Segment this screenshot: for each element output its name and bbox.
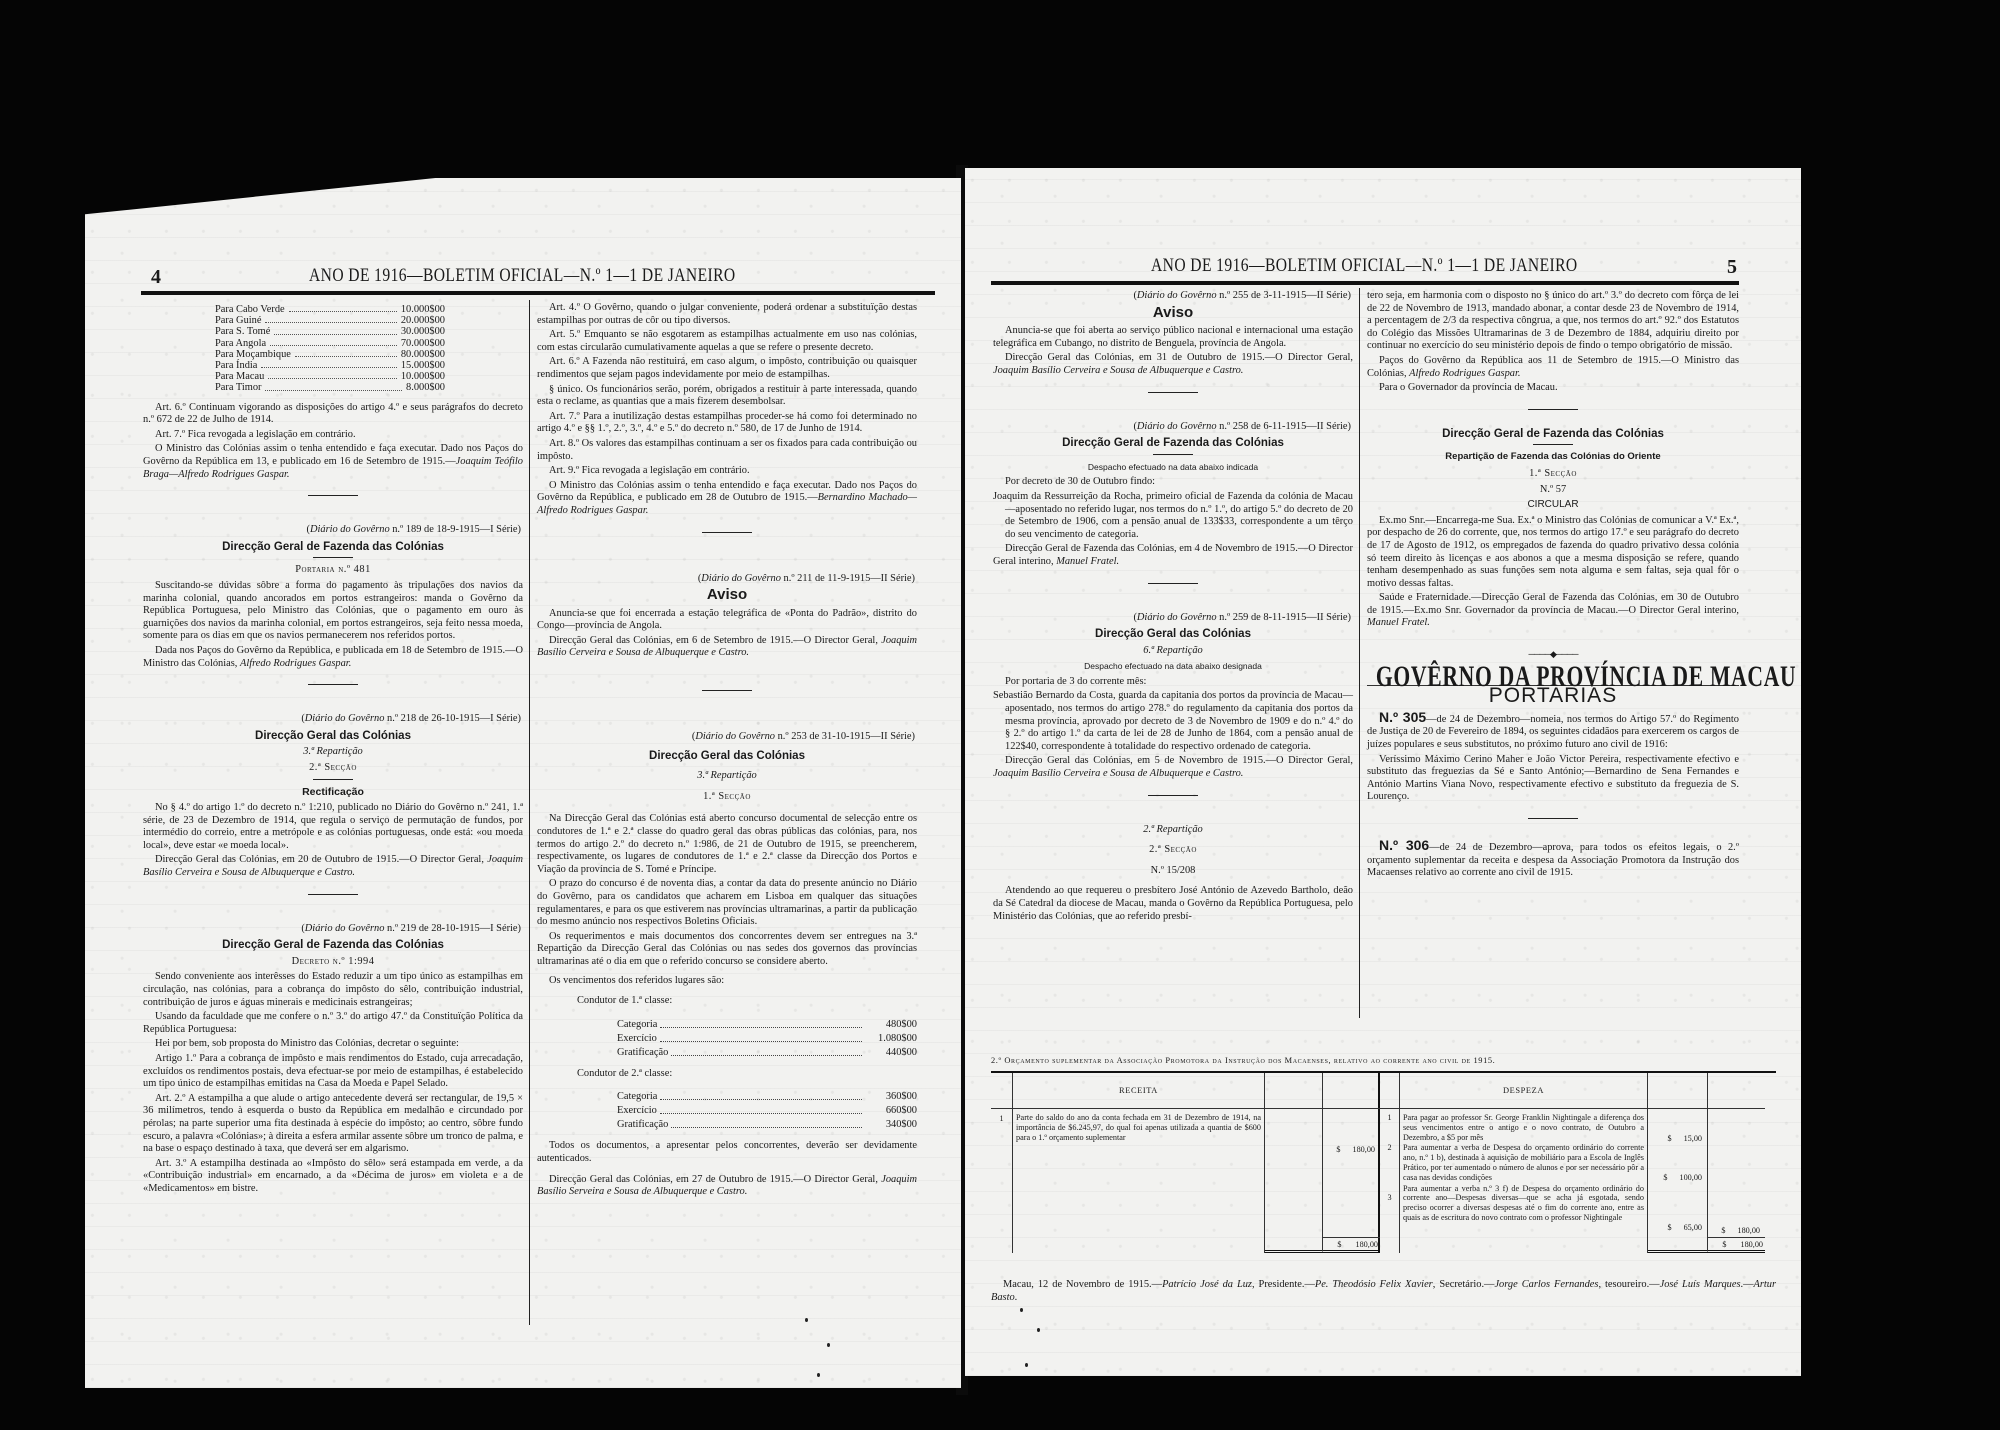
despacho-intro: Por decreto de 30 de Outubro findo:	[993, 476, 1353, 489]
closing-paragraph: Saúde e Fraternidade.—Direcção Geral de …	[1367, 592, 1739, 630]
article-4: Art. 4.º O Govêrno, quando o julgar conv…	[537, 302, 917, 327]
colony-amounts-list: Para Cabo Verde10.000$00 Para Guiné20.00…	[215, 304, 445, 394]
receita-amount: $180,00	[1336, 1145, 1375, 1155]
closing-paragraph: Dada nos Paços do Govêrno da República, …	[143, 645, 523, 670]
class-label: Condutor de 2.ª classe:	[577, 1068, 917, 1081]
portaria-title: Portaria n.º 481	[143, 564, 523, 577]
section-heading: Direcção Geral das Colónias	[537, 750, 917, 763]
section-subheading: Repartição de Fazenda das Colónias do Or…	[1367, 451, 1739, 464]
amount-row: Para Cabo Verde10.000$00	[215, 304, 445, 315]
diario-reference: (Diário do Govêrno n.º 211 de 11-9-1915—…	[537, 573, 917, 586]
despacho-body: Sebastião Bernardo da Costa, guarda da c…	[993, 690, 1353, 753]
article-5: Art. 5.º Emquanto se não esgotarem as es…	[537, 329, 917, 354]
row-index: 3	[1383, 1193, 1396, 1203]
salary-row: Categoria480$00	[617, 1018, 917, 1032]
rectificacao-title: Rectificação	[143, 786, 523, 799]
amount-row: Para Guiné20.000$00	[215, 315, 445, 326]
diario-reference: (Diário do Govêrno n.º 253 de 31-10-1915…	[537, 731, 917, 744]
circular-title: CIRCULAR	[1367, 499, 1739, 512]
receita-half: RECEITA 1 Parte do saldo do ano da conta…	[991, 1073, 1380, 1253]
receita-item-text: Parte do saldo do ano da conta fechada e…	[1013, 1109, 1265, 1237]
section-heading: Direcção Geral de Fazenda das Colónias	[143, 541, 523, 554]
circular-body: Ex.mo Snr.—Encarrega-me Sua. Ex.ª o Mini…	[1367, 515, 1739, 591]
despacho-body: Joaquim da Ressurreição da Rocha, primei…	[993, 491, 1353, 541]
separator-rule	[308, 684, 358, 685]
portaria-305: N.º 305—de 24 de Dezembro—nomeia, nos te…	[1367, 711, 1739, 752]
closing-paragraph: Direcção Geral das Colónias, em 6 de Set…	[537, 635, 917, 660]
diario-reference: (Diário do Govêrno n.º 189 de 18-9-1915—…	[143, 524, 523, 537]
concurso-paragraph: Os requerimentos e mais documentos dos c…	[537, 931, 917, 969]
despacho-intro: Por portaria de 3 do corrente mês:	[993, 676, 1353, 689]
closing-paragraph: O Ministro das Colónias assim o tenha en…	[143, 443, 523, 481]
right-column-2: tero seja, em harmonia com o disposto no…	[1367, 290, 1739, 882]
despesa-amount: $15,00	[1667, 1134, 1702, 1144]
row-index: 2	[1383, 1143, 1396, 1153]
document-number: N.º 15/208	[993, 865, 1353, 878]
section-heading: Direcção Geral de Fazenda das Colónias	[1367, 428, 1739, 441]
separator-rule	[313, 557, 353, 558]
macau-government-title: GOVÊRNO DA PROVÍNCIA DE MACAU	[1376, 671, 1730, 684]
article-7: Art. 7.º Fica revogada a legislação em c…	[143, 429, 523, 442]
concurso-paragraph: Os vencimentos dos referidos lugares são…	[537, 975, 917, 988]
separator-rule	[1528, 818, 1578, 819]
row-index: 1	[1383, 1113, 1396, 1123]
receita-header: RECEITA	[1013, 1073, 1265, 1109]
reparticao-label: 3.ª Repartição	[537, 770, 917, 783]
amount-row: Para S. Tomé30.000$00	[215, 326, 445, 337]
right-column-1: (Diário do Govêrno n.º 255 de 3-11-1915—…	[993, 290, 1353, 925]
budget-signatures: Macau, 12 de Novembro de 1915.—Patrício …	[991, 1278, 1776, 1304]
concurso-paragraph: Todos os documentos, a apresentar pelos …	[537, 1140, 917, 1165]
portaria-306: N.º 306—de 24 de Dezembro—aprova, para t…	[1367, 839, 1739, 880]
signature: Alfredo Rodrigues Gaspar.	[1409, 368, 1520, 379]
amount-row: Para Moçambique80.000$00	[215, 349, 445, 360]
seccao-label: 1.ª Secção	[1367, 468, 1739, 481]
section-heading: Direcção Geral das Colónias	[143, 730, 523, 743]
column-divider	[1359, 288, 1360, 1018]
salary-row: Exercício660$00	[617, 1104, 917, 1118]
diario-reference: (Diário do Govêrno n.º 255 de 3-11-1915—…	[993, 290, 1353, 303]
decreto-paragraph: Hei por bem, sob proposta do Ministro da…	[143, 1038, 523, 1051]
salary-row: Gratificação440$00	[617, 1046, 917, 1060]
reparticao-label: 6.ª Repartição	[993, 645, 1353, 658]
closing-paragraph: Direcção Geral das Colónias, em 31 de Ou…	[993, 352, 1353, 377]
despesa-header: DESPEZA	[1400, 1073, 1648, 1109]
right-page: ANO DE 1916—BOLETIM OFICIAL—N.º 1—1 DE J…	[965, 168, 1801, 1376]
n15208-body: Atendendo ao que requereu o presbítero J…	[993, 885, 1353, 923]
amount-row: Para Macau10.000$00	[215, 371, 445, 382]
decreto-paragraph: Usando da faculdade que me confere o n.º…	[143, 1011, 523, 1036]
closing-paragraph: Direcção Geral de Fazenda das Colónias, …	[993, 543, 1353, 568]
separator-rule	[702, 690, 752, 691]
separator-rule	[1148, 583, 1198, 584]
amount-row: Para Timor8.000$00	[215, 382, 445, 393]
salary-row: Categoria360$00	[617, 1090, 917, 1104]
portaria-305-names: Veríssimo Máximo Cerino Maher e João Vic…	[1367, 754, 1739, 804]
rectificacao-body: No § 4.º do artigo 1.º do decreto n.º 1:…	[143, 802, 523, 852]
addressee: Para o Governador da província de Macau.	[1367, 382, 1739, 395]
amount-row: Para Angola70.000$00	[215, 338, 445, 349]
article-8: Art. 8.º Os valores das estampilhas cont…	[537, 438, 917, 463]
seccao-label: 2.ª Secção	[993, 844, 1353, 857]
article-7: Art. 7.º Para a inutilização destas esta…	[537, 411, 917, 436]
despesa-half: DESPEZA 1 2 3 Para pagar ao professor Sr…	[1380, 1073, 1776, 1253]
separator-rule	[1148, 795, 1198, 796]
seccao-label: 1.ª Secção	[537, 791, 917, 804]
diario-reference: (Diário do Govêrno n.º 219 de 28-10-1915…	[143, 923, 523, 936]
section-heading: Direcção Geral das Colónias	[993, 628, 1353, 641]
aviso-title: Aviso	[537, 589, 917, 602]
separator-rule	[313, 779, 353, 780]
budget-caption: 2.º Orçamento suplementar da Associação …	[991, 1056, 1776, 1065]
diario-reference: (Diário do Govêrno n.º 259 de 8-11-1915—…	[993, 612, 1353, 625]
class-label: Condutor de 1.ª classe:	[577, 995, 917, 1008]
signature: Alfredo Rodrigues Gaspar.	[240, 658, 351, 669]
article-9: Art. 9.º Fica revogada a legislação em c…	[537, 465, 917, 478]
left-column-1: Para Cabo Verde10.000$00 Para Guiné20.00…	[143, 302, 523, 1198]
article-6: Art. 6.º Continuam vigorando as disposiç…	[143, 402, 523, 427]
column-divider	[529, 300, 530, 1325]
page-number: 5	[1727, 256, 1737, 279]
section-heading: Direcção Geral de Fazenda das Colónias	[143, 939, 523, 952]
closing-paragraph: Paços do Govêrno da República aos 11 de …	[1367, 355, 1739, 380]
signature: Manuel Fratel.	[1056, 556, 1119, 567]
salary-row: Exercício1.080$00	[617, 1032, 917, 1046]
row-index: 1	[991, 1109, 1013, 1237]
page-number: 4	[151, 266, 161, 289]
salary-row: Gratificação340$00	[617, 1118, 917, 1132]
header-rule	[141, 291, 935, 295]
separator-rule	[1153, 454, 1193, 455]
aviso-title: Aviso	[993, 307, 1353, 320]
decreto-article-1: Artigo 1.º Para a cobrança de impôsto e …	[143, 1053, 523, 1091]
concurso-paragraph: Na Direcção Geral das Colónias está aber…	[537, 813, 917, 876]
concurso-paragraph: O prazo do concurso é de noventa dias, a…	[537, 878, 917, 928]
document-number: N.º 57	[1367, 484, 1739, 497]
aviso-body: Anuncia-se que foi aberta ao serviço púb…	[993, 325, 1353, 350]
continuation-paragraph: tero seja, em harmonia com o disposto no…	[1367, 290, 1739, 353]
closing-paragraph: Direcção Geral das Colónias, em 27 de Ou…	[537, 1174, 917, 1199]
diario-reference: (Diário do Govêrno n.º 258 de 6-11-1915—…	[993, 421, 1353, 434]
article-6: Art. 6.º A Fazenda não restituirá, em ca…	[537, 356, 917, 381]
closing-paragraph: Direcção Geral das Colónias, em 20 de Ou…	[143, 854, 523, 879]
header-rule	[991, 281, 1739, 285]
signature: Manuel Fratel.	[1367, 617, 1430, 628]
signature: Joaquim Basílio Cerveira e Sousa de Albu…	[993, 365, 1243, 376]
despesa-items-text: Para pagar ao professor Sr. George Frank…	[1400, 1109, 1648, 1237]
separator-rule	[1148, 392, 1198, 393]
section-heading: Direcção Geral de Fazenda das Colónias	[993, 437, 1353, 450]
despesa-total: $180,00	[1708, 1237, 1765, 1253]
seccao-label: 2.ª Secção	[143, 762, 523, 775]
portaria-body: Suscitando-se dúvidas sôbre a forma do p…	[143, 580, 523, 643]
left-page: 4 ANO DE 1916—BOLETIM OFICIAL—N.º 1—1 DE…	[85, 178, 961, 1388]
separator-rule	[702, 532, 752, 533]
separator-rule	[1533, 444, 1573, 445]
closing-paragraph: Direcção Geral das Colónias, em 5 de Nov…	[993, 755, 1353, 780]
despacho-note: Despacho efectuado na data abaixo design…	[993, 660, 1353, 673]
closing-paragraph: O Ministro das Colónias assim o tenha en…	[537, 480, 917, 518]
diario-reference: (Diário do Govêrno n.º 218 de 26-10-1915…	[143, 713, 523, 726]
decreto-paragraph: Sendo conveniente aos interêsses do Esta…	[143, 971, 523, 1009]
reparticao-label: 3.ª Repartição	[143, 746, 523, 759]
signature: Joaquim Basílio Cerveira e Sousa de Albu…	[993, 768, 1243, 779]
budget-table-section: 2.º Orçamento suplementar da Associação …	[991, 1056, 1776, 1253]
despesa-subtotal: $180,00	[1721, 1226, 1760, 1236]
left-column-2: Art. 4.º O Govêrno, quando o julgar conv…	[537, 302, 917, 1201]
reparticao-label: 2.ª Repartição	[993, 824, 1353, 837]
paragraph-unico: § único. Os funcionários serão, porém, o…	[537, 384, 917, 409]
separator-rule	[1528, 409, 1578, 410]
aviso-body: Anuncia-se que foi encerrada a estação t…	[537, 608, 917, 633]
salary-table: Condutor de 1.ª classe: Categoria480$00 …	[577, 995, 917, 1132]
despesa-amount: $100,00	[1663, 1173, 1702, 1183]
budget-table: RECEITA 1 Parte do saldo do ano da conta…	[991, 1071, 1776, 1253]
receita-total: $180,00	[1323, 1237, 1380, 1253]
decreto-article-2: Art. 2.º A estampilha a que alude o arti…	[143, 1093, 523, 1156]
separator-rule	[308, 495, 358, 496]
separator-rule	[308, 894, 358, 895]
despesa-amount: $65,00	[1667, 1223, 1702, 1233]
amount-row: Para Índia15.000$00	[215, 360, 445, 371]
decreto-article-3: Art. 3.º A estampilha destinada ao «Impô…	[143, 1158, 523, 1196]
despacho-note: Despacho efectuado na data abaixo indica…	[993, 461, 1353, 474]
decreto-title: Decreto n.º 1:994	[143, 956, 523, 969]
